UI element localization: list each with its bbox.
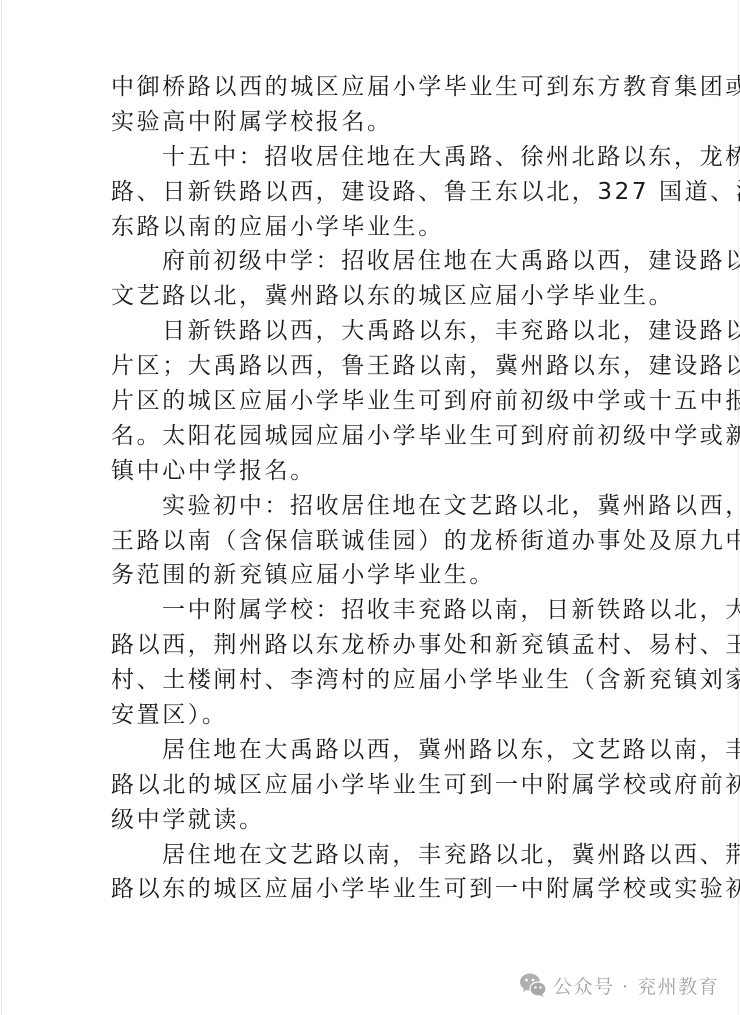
document-line: 片区；大禹路以西，鲁王路以南，冀州路以东，建设路以北 [111,349,631,384]
wechat-icon [519,972,547,998]
document-line: 实验高中附属学校报名。 [111,105,631,140]
document-line: 片区的城区应届小学毕业生可到府前初级中学或十五中报 [111,384,631,419]
page-edge-left [1,0,2,1015]
document-line: 村、土楼闸村、李湾村的应届小学毕业生（含新兖镇刘家村 [111,663,631,698]
document-line: 路以东的城区应届小学毕业生可到一中附属学校或实验初 [111,872,631,907]
document-line: 路、日新铁路以西，建设路、鲁王东以北，327 国道、滋阳 [111,175,631,210]
document-line: 一中附属学校：招收丰兖路以南，日新铁路以北，大禹 [111,593,631,628]
document-line: 务范围的新兖镇应届小学毕业生。 [111,558,631,593]
document-line: 路以北的城区应届小学毕业生可到一中附属学校或府前初 [111,768,631,803]
document-line: 镇中心中学报名。 [111,454,631,489]
document-line: 日新铁路以西，大禹路以东，丰兖路以北，建设路以南 [111,314,631,349]
document-line: 居住地在大禹路以西，冀州路以东，文艺路以南，丰兖 [111,733,631,768]
document-line: 安置区）。 [111,698,631,733]
document-line: 名。太阳花园城园应届小学毕业生可到府前初级中学或新兖 [111,419,631,454]
document-line: 实验初中：招收居住地在文艺路以北，冀州路以西，鲁 [111,489,631,524]
document-page: 中御桥路以西的城区应届小学毕业生可到东方教育集团或实验高中附属学校报名。十五中：… [0,0,740,1015]
document-line: 府前初级中学：招收居住地在大禹路以西，建设路以南， [111,244,631,279]
document-line: 王路以南（含保信联诚佳园）的龙桥街道办事处及原九中服 [111,524,631,559]
document-line: 十五中：招收居住地在大禹路、徐州北路以东，龙桥北 [111,140,631,175]
document-line: 路以西，荆州路以东龙桥办事处和新兖镇孟村、易村、王鲁 [111,628,631,663]
document-line: 文艺路以北，冀州路以东的城区应届小学毕业生。 [111,279,631,314]
document-line: 居住地在文艺路以南，丰兖路以北，冀州路以西、荆州 [111,838,631,873]
watermark-text: 公众号 · 兖州教育 [553,972,719,999]
document-line: 级中学就读。 [111,803,631,838]
document-line: 中御桥路以西的城区应届小学毕业生可到东方教育集团或 [111,70,631,105]
document-body: 中御桥路以西的城区应届小学毕业生可到东方教育集团或实验高中附属学校报名。十五中：… [111,70,631,907]
document-line: 东路以南的应届小学毕业生。 [111,210,631,245]
wechat-watermark: 公众号 · 兖州教育 [519,971,719,999]
